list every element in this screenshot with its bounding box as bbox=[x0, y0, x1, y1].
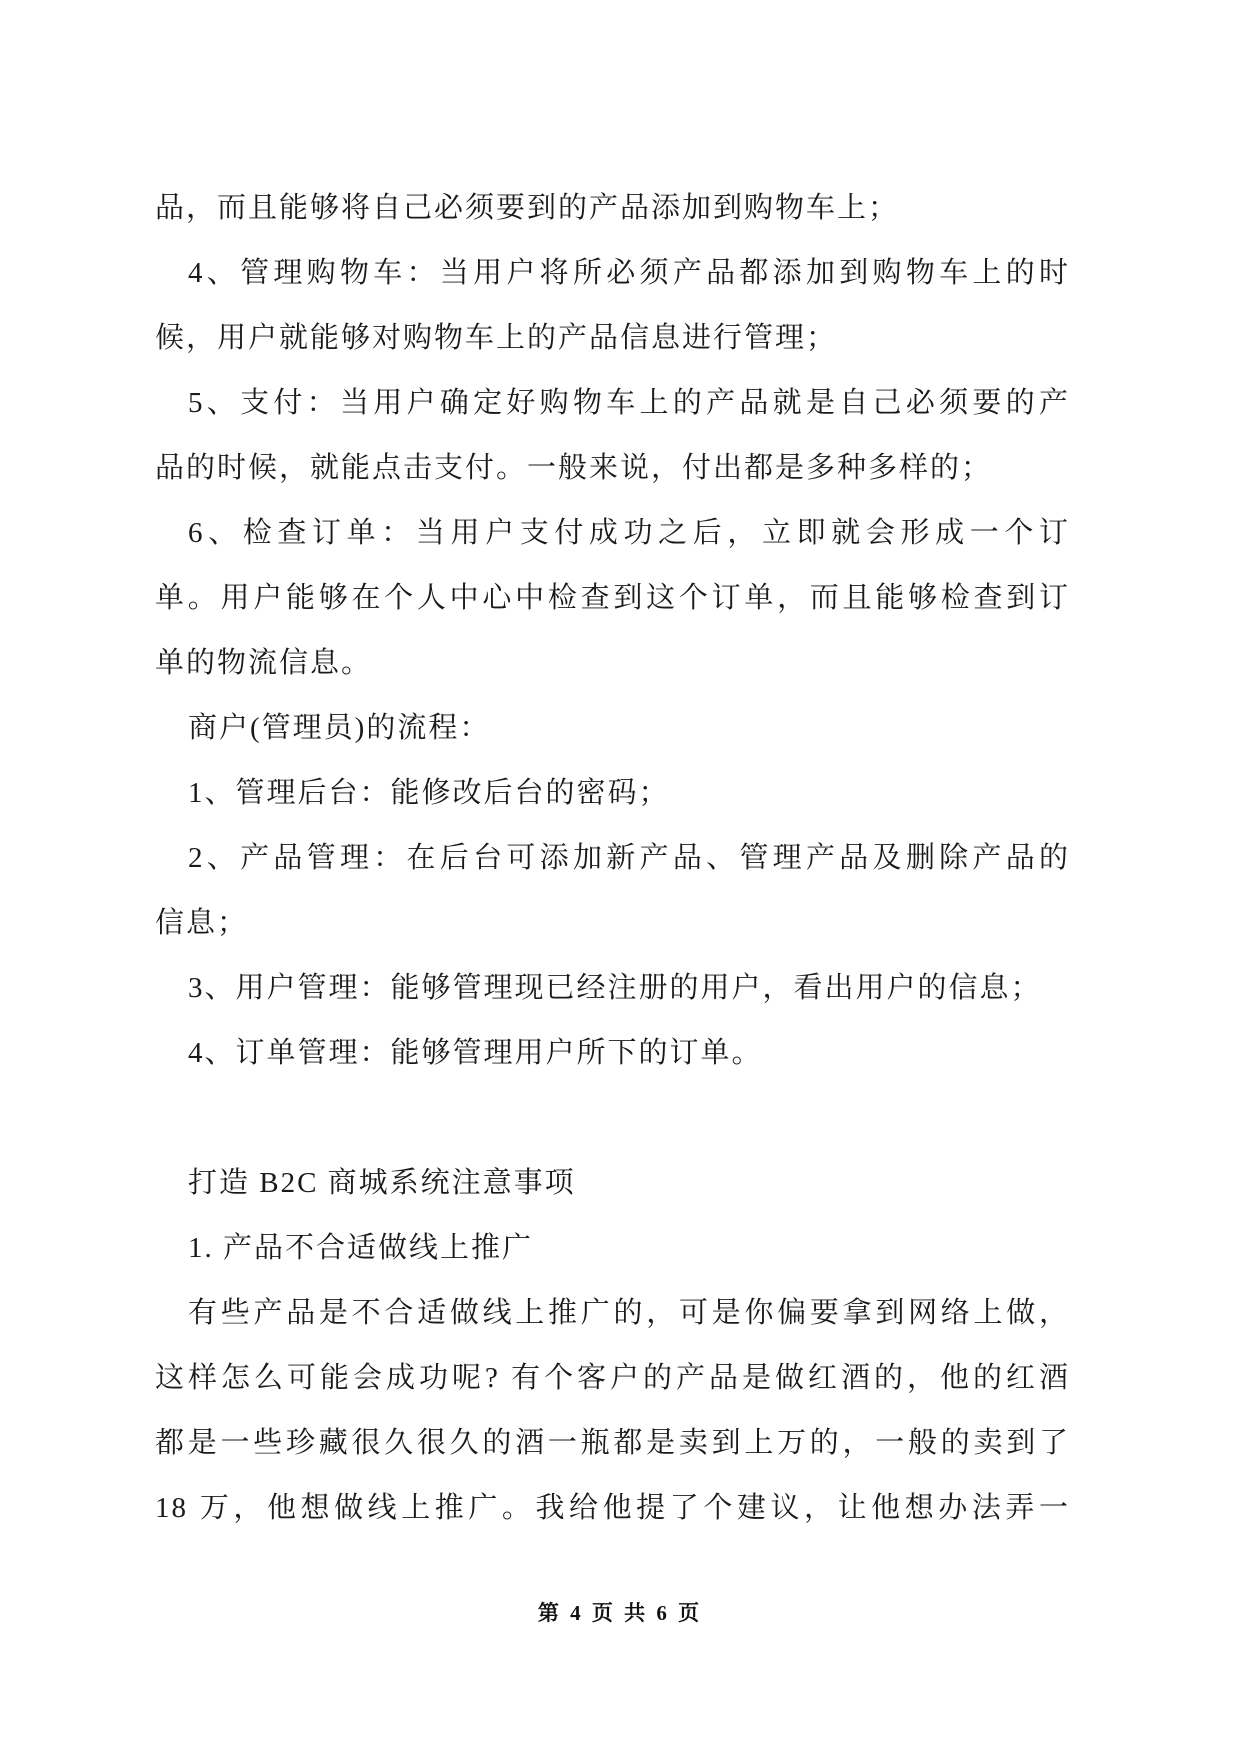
text-line: 6、检查订单：当用户支付成功之后，立即就会形成一个订 bbox=[155, 501, 1070, 566]
text-line: 3、用户管理：能够管理现已经注册的用户，看出用户的信息； bbox=[155, 956, 1070, 1021]
text-line: 都是一些珍藏很久很久的酒一瓶都是卖到上万的，一般的卖到了 bbox=[155, 1411, 1070, 1476]
text-line: 4、订单管理：能够管理用户所下的订单。 bbox=[155, 1021, 1070, 1086]
page-number-label: 第 4 页 共 6 页 bbox=[538, 1601, 702, 1625]
text-line: 这样怎么可能会成功呢? 有个客户的产品是做红酒的，他的红酒 bbox=[155, 1346, 1070, 1411]
text-line: 4、管理购物车：当用户将所必须产品都添加到购物车上的时 bbox=[155, 241, 1070, 306]
text-line: 有些产品是不合适做线上推广的，可是你偏要拿到网络上做， bbox=[155, 1281, 1070, 1346]
text-line: 单。用户能够在个人中心中检查到这个订单，而且能够检查到订 bbox=[155, 566, 1070, 631]
text-line: 商户(管理员)的流程： bbox=[155, 696, 1070, 761]
text-line: 信息； bbox=[155, 891, 1070, 956]
text-line: 2、产品管理：在后台可添加新产品、管理产品及删除产品的 bbox=[155, 826, 1070, 891]
text-line: 品的时候，就能点击支付。一般来说，付出都是多种多样的； bbox=[155, 436, 1070, 501]
blank-line bbox=[155, 1086, 1070, 1151]
text-line: 5、支付：当用户确定好购物车上的产品就是自己必须要的产 bbox=[155, 371, 1070, 436]
text-line: 候，用户就能够对购物车上的产品信息进行管理； bbox=[155, 306, 1070, 371]
document-page: 品，而且能够将自己必须要到的产品添加到购物车上；4、管理购物车：当用户将所必须产… bbox=[0, 0, 1240, 1753]
text-line: 单的物流信息。 bbox=[155, 631, 1070, 696]
text-line: 品，而且能够将自己必须要到的产品添加到购物车上； bbox=[155, 176, 1070, 241]
document-body: 品，而且能够将自己必须要到的产品添加到购物车上；4、管理购物车：当用户将所必须产… bbox=[155, 176, 1070, 1541]
page-footer: 第 4 页 共 6 页 bbox=[0, 1598, 1240, 1628]
text-line: 18 万，他想做线上推广。我给他提了个建议，让他想办法弄一 bbox=[155, 1476, 1070, 1541]
text-line: 打造 B2C 商城系统注意事项 bbox=[155, 1151, 1070, 1216]
text-line: 1. 产品不合适做线上推广 bbox=[155, 1216, 1070, 1281]
text-line: 1、管理后台：能修改后台的密码； bbox=[155, 761, 1070, 826]
